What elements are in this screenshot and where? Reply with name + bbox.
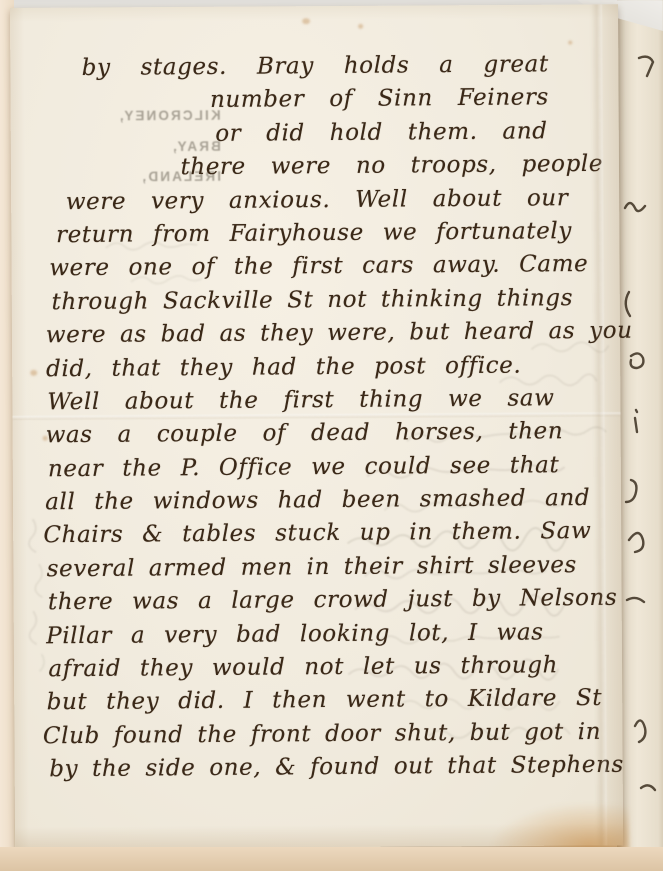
handwriting-line: by stages. Bray holds a great xyxy=(10,48,618,86)
handwriting-line: near the P. Office we could see that xyxy=(13,448,621,486)
stain xyxy=(302,18,310,24)
handwriting-line: Club found the front door shut, but got … xyxy=(15,716,623,754)
letter-photo: KILCRONEY, BRAY, IRELAND, by stages. Bra… xyxy=(0,0,663,871)
handwriting-line: did, that they had the post office. xyxy=(12,348,620,386)
handwriting-line: were very anxious. Well about our xyxy=(11,181,619,219)
handwriting-line: number of Sinn Feiners xyxy=(10,81,618,119)
handwriting-line: were as bad as they were, but heard as y… xyxy=(12,315,620,353)
adjacent-page-ink xyxy=(617,0,663,871)
handwriting-line: but they did. I then went to Kildare St xyxy=(15,682,623,720)
handwriting-line: were one of the first cars away. Came xyxy=(11,248,619,286)
handwriting-line: through Sackville St not thinking things xyxy=(11,281,619,319)
stain xyxy=(30,370,37,376)
handwriting-line: there were no troops, people xyxy=(10,148,618,186)
handwriting-line: Chairs & tables stuck up in them. Saw xyxy=(13,515,621,553)
handwriting-line: all the windows had been smashed and xyxy=(13,482,621,520)
handwriting-line: was a couple of dead horses, then xyxy=(13,415,621,453)
handwriting-line: Pillar a very bad looking lot, I was xyxy=(14,615,622,653)
stain xyxy=(568,41,572,45)
letter-page: KILCRONEY, BRAY, IRELAND, by stages. Bra… xyxy=(10,4,623,849)
handwriting-line: by the side one, & found out that Stephe… xyxy=(15,749,623,787)
adjacent-page-edge xyxy=(617,0,663,871)
handwriting-line: several armed men in their shirt sleeves xyxy=(14,549,622,587)
stain xyxy=(43,436,48,441)
backdrop-bottom xyxy=(0,847,663,871)
handwriting-line: return from Fairyhouse we fortunately xyxy=(11,215,619,253)
handwriting-line: or did hold them. and xyxy=(10,115,618,153)
handwriting-line: afraid they would not let us through xyxy=(14,649,622,687)
stain xyxy=(358,24,363,29)
handwriting-line: there was a large crowd just by Nelsons xyxy=(14,582,622,620)
